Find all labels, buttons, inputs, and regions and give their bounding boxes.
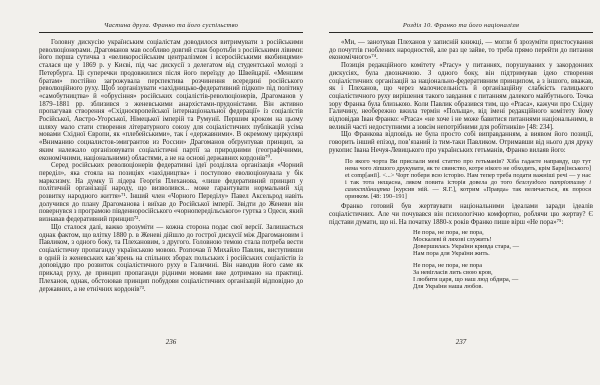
verse-line: Не пора, не пора, не пора — [413, 262, 593, 269]
verse-line: Для України наша любов. — [413, 283, 593, 290]
poem-stanza: Не пора, не пора, не пора За невігласів … — [413, 262, 593, 290]
verse-line: Москалеві й ляхові служить! — [413, 236, 593, 243]
paragraph: «Ми, — занотував Плеханов у записній кни… — [329, 39, 593, 62]
verse-line: Нам пора для України жить. — [413, 250, 593, 257]
paragraph: Серед російських революціонерів федерати… — [39, 162, 303, 224]
right-page-body: «Ми, — занотував Плеханов у записній кни… — [329, 39, 593, 290]
paragraph: Позиція редакційного комітету «Pracy» у … — [329, 62, 593, 131]
verse-line: І любити царя, що наш люд обдира, — — [413, 276, 593, 283]
page-number-right: 237 — [329, 338, 593, 346]
paragraph: Що Франкова відповідь не була просто соб… — [329, 131, 593, 154]
left-page-body: Головну дискусію українським соціалістам… — [39, 39, 303, 293]
letter-blockquote: По якого чорта Ви прислали мені статтю п… — [345, 158, 591, 201]
page-number-left: 236 — [39, 338, 303, 346]
paragraph: Франко готовий був жертвувати національн… — [329, 203, 593, 226]
verse-line: Довершилась України кривда стара, — — [413, 243, 593, 250]
right-page: Розділ 10. Франко та його націоналізм «М… — [329, 22, 593, 362]
running-header-left: Частина друга. Франко та його суспільств… — [39, 22, 303, 33]
paragraph: Що сталося далі, важко зрозуміти — кожна… — [39, 224, 303, 293]
poem-stanza: Не пора, не пора, не пора, Москалеві й л… — [413, 229, 593, 257]
verse-line: За невігласів лить свою кров, — [413, 269, 593, 276]
left-page: Частина друга. Франко та його суспільств… — [39, 22, 303, 362]
running-header-right: Розділ 10. Франко та його націоналізм — [329, 22, 593, 33]
paragraph: Головну дискусію українським соціалістам… — [39, 39, 303, 162]
poem-ne-pora: Не пора, не пора, не пора, Москалеві й л… — [413, 229, 593, 290]
verse-line: Не пора, не пора, не пора, — [413, 229, 593, 236]
